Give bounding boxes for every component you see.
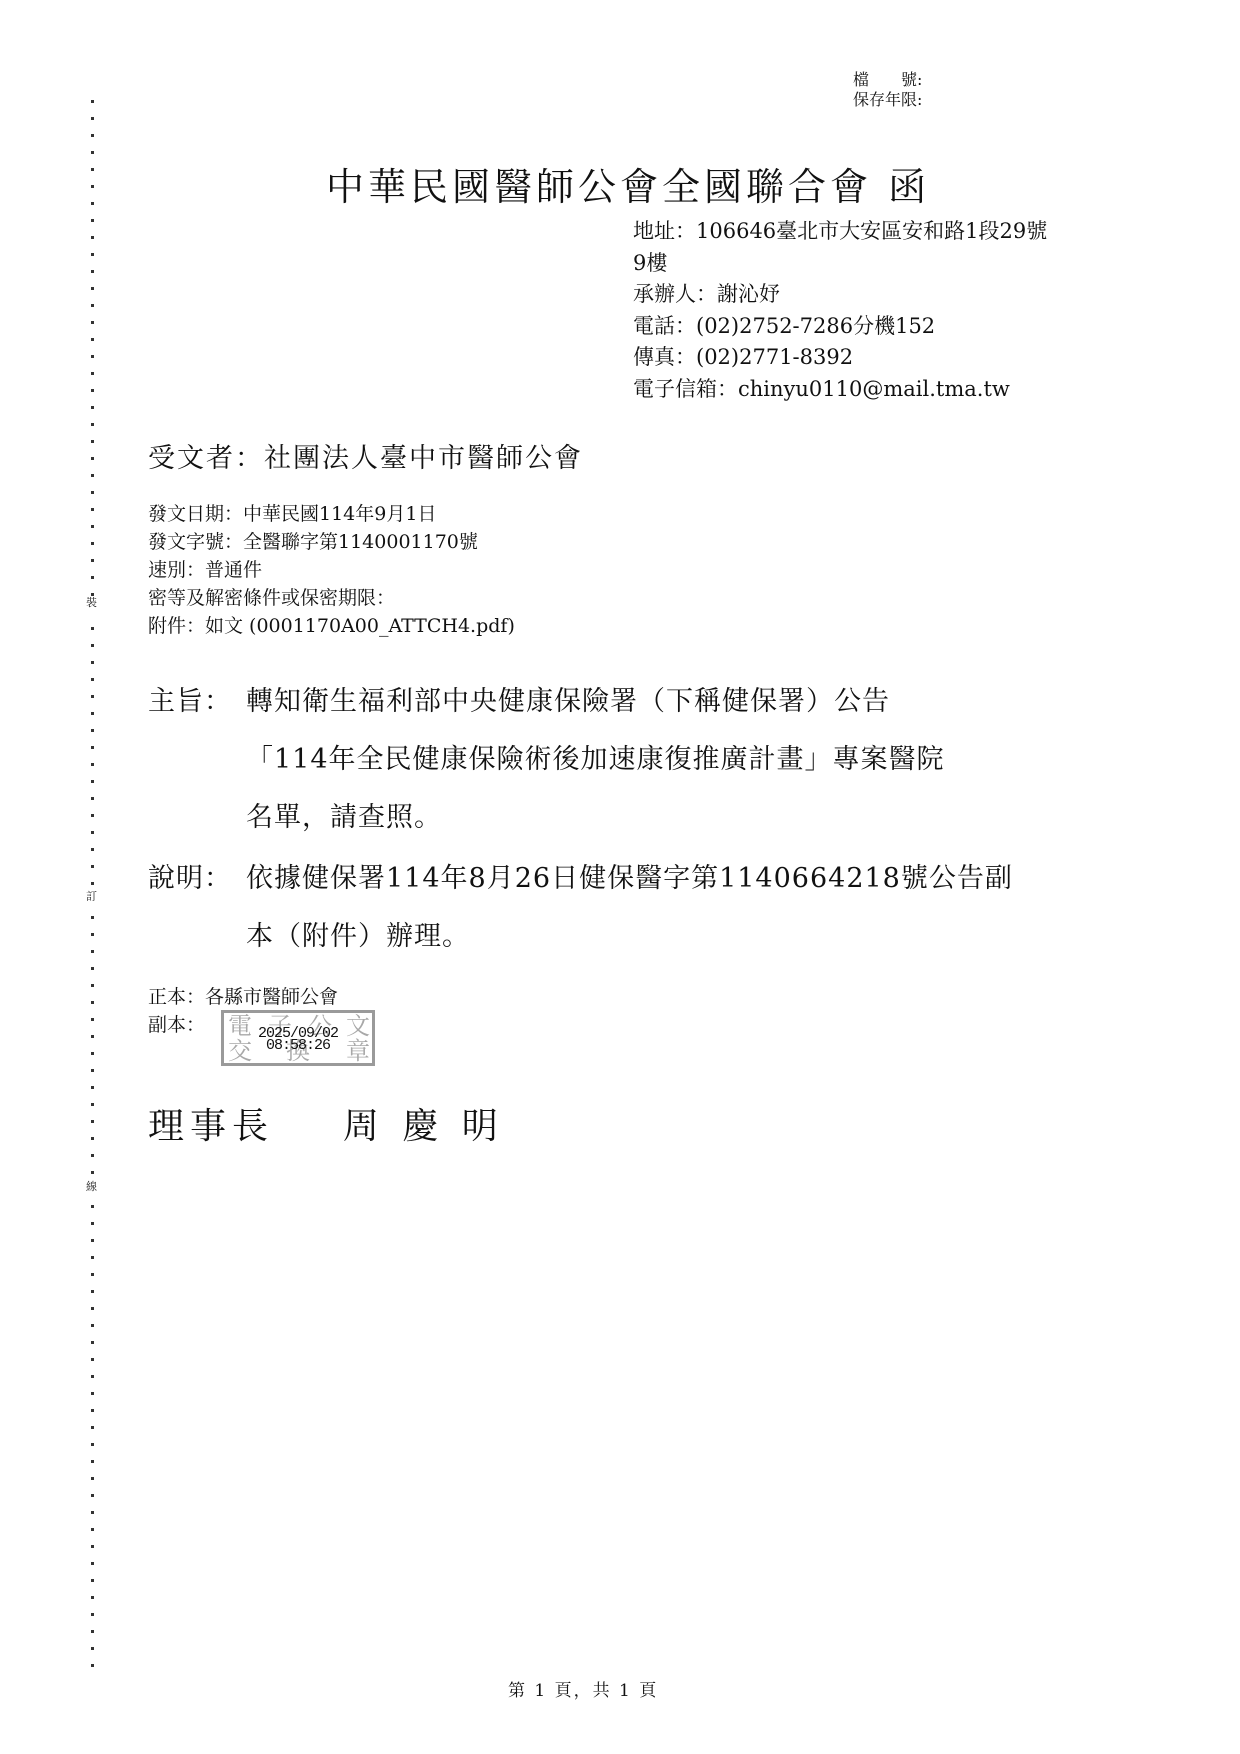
binding-dot xyxy=(91,1205,94,1208)
binding-dot xyxy=(91,1460,94,1463)
binding-dot xyxy=(91,1222,94,1225)
binding-dot xyxy=(91,1273,94,1276)
binding-dot xyxy=(91,338,94,341)
explanation-section: 說明： 依據健保署114年8月26日健保醫字第1140664218號公告副 本（… xyxy=(148,850,1013,966)
issue-date: 發文日期：中華民國114年9月1日 xyxy=(148,500,515,528)
binding-dot xyxy=(91,1426,94,1429)
binding-dot xyxy=(91,1613,94,1616)
binding-dot xyxy=(91,712,94,715)
binding-dot xyxy=(91,627,94,630)
binding-mark: 裝 xyxy=(86,596,97,610)
binding-dot xyxy=(91,814,94,817)
binding-dot xyxy=(91,491,94,494)
binding-dot xyxy=(91,1409,94,1412)
binding-dot xyxy=(91,1528,94,1531)
binding-dot xyxy=(91,678,94,681)
binding-dot xyxy=(91,1664,94,1667)
binding-dot xyxy=(91,117,94,120)
recipient: 受文者：社團法人臺中市醫師公會 xyxy=(148,436,583,475)
page-number: 第 1 頁，共 1 頁 xyxy=(508,1676,658,1701)
binding-dot xyxy=(91,950,94,953)
binding-dot xyxy=(91,576,94,579)
binding-dot xyxy=(91,1494,94,1497)
attachment-link[interactable]: 附件：如文 (0001170A00_ATTCH4.pdf) xyxy=(148,612,515,640)
binding-dot xyxy=(91,882,94,885)
binding-dot xyxy=(91,1341,94,1344)
binding-dot xyxy=(91,474,94,477)
binding-dot xyxy=(91,1443,94,1446)
binding-dot xyxy=(91,287,94,290)
binding-dot xyxy=(91,304,94,307)
phone: 電話：(02)2752-7286分機152 xyxy=(633,311,1047,343)
binding-dot xyxy=(91,1001,94,1004)
binding-dot xyxy=(91,457,94,460)
binding-dot xyxy=(91,1307,94,1310)
binding-dot xyxy=(91,253,94,256)
binding-dot xyxy=(91,219,94,222)
binding-dot xyxy=(91,1052,94,1055)
document-number: 發文字號：全醫聯字第1140001170號 xyxy=(148,528,515,556)
binding-dot xyxy=(91,1562,94,1565)
document-title: 中華民國醫師公會全國聯合會 函 xyxy=(326,156,930,211)
binding-dot xyxy=(91,1035,94,1038)
binding-dot xyxy=(91,372,94,375)
contact-block: 地址：106646臺北市大安區安和路1段29號 9樓 承辦人：謝沁妤 電話：(0… xyxy=(633,216,1047,405)
binding-dot xyxy=(91,1137,94,1140)
binding-dot xyxy=(91,1324,94,1327)
binding-dot xyxy=(91,1375,94,1378)
binding-dot xyxy=(91,270,94,273)
signature: 理事長 周 慶 明 xyxy=(148,1098,504,1149)
handler: 承辦人：謝沁妤 xyxy=(633,279,1047,311)
binding-dot xyxy=(91,1392,94,1395)
binding-dot xyxy=(91,848,94,851)
binding-mark: 線 xyxy=(86,1180,97,1194)
binding-dot xyxy=(91,1358,94,1361)
binding-dot xyxy=(91,1630,94,1633)
binding-dot xyxy=(91,967,94,970)
binding-dot xyxy=(91,1477,94,1480)
binding-dot xyxy=(91,1545,94,1548)
file-info: 檔 號: 保存年限: xyxy=(853,70,922,110)
document-meta: 發文日期：中華民國114年9月1日 發文字號：全醫聯字第1140001170號 … xyxy=(148,500,515,640)
binding-dot xyxy=(91,1596,94,1599)
binding-dot xyxy=(91,729,94,732)
explanation-line-1: 依據健保署114年8月26日健保醫字第1140664218號公告副 xyxy=(246,850,1013,908)
binding-dot xyxy=(91,1120,94,1123)
address-line-2: 9樓 xyxy=(633,248,1047,280)
electronic-document-stamp: 電 子 公 文 交 換 章 2025/09/02 08:58:26 xyxy=(221,1010,375,1066)
explanation-line-2: 本（附件）辦理。 xyxy=(148,908,1013,966)
binding-dot xyxy=(91,695,94,698)
binding-dot xyxy=(91,321,94,324)
binding-dot xyxy=(91,185,94,188)
binding-dot xyxy=(91,1086,94,1089)
file-number-label: 檔 號: xyxy=(853,70,922,90)
binding-dot xyxy=(91,933,94,936)
binding-dot xyxy=(91,1103,94,1106)
explanation-label: 說明： xyxy=(148,850,246,908)
binding-dot xyxy=(91,168,94,171)
signatory-name: 周 慶 明 xyxy=(343,1106,504,1147)
binding-dot xyxy=(91,1154,94,1157)
secrecy-level: 密等及解密條件或保密期限： xyxy=(148,584,515,612)
fax: 傳真：(02)2771-8392 xyxy=(633,342,1047,374)
binding-dot xyxy=(91,780,94,783)
binding-dot xyxy=(91,440,94,443)
binding-dot xyxy=(91,151,94,154)
binding-dot xyxy=(91,831,94,834)
binding-dot xyxy=(91,1511,94,1514)
binding-dot xyxy=(91,984,94,987)
binding-dot xyxy=(91,1647,94,1650)
binding-dot xyxy=(91,644,94,647)
binding-dot xyxy=(91,1256,94,1259)
binding-dot xyxy=(91,389,94,392)
binding-dot xyxy=(91,355,94,358)
binding-dot xyxy=(91,542,94,545)
delivery-speed: 速別：普通件 xyxy=(148,556,515,584)
signatory-title: 理事長 xyxy=(148,1106,274,1147)
binding-dot xyxy=(91,1171,94,1174)
binding-dot xyxy=(91,1069,94,1072)
binding-dot xyxy=(91,1290,94,1293)
binding-dot xyxy=(91,797,94,800)
binding-line: 裝訂線 xyxy=(86,0,100,1754)
binding-dot xyxy=(91,916,94,919)
binding-dot xyxy=(91,508,94,511)
subject-line-2: 「114年全民健康保險術後加速康復推廣計畫」專案醫院 xyxy=(148,731,945,789)
binding-dot xyxy=(91,661,94,664)
binding-dot xyxy=(91,865,94,868)
original-recipients: 正本：各縣市醫師公會 xyxy=(148,983,338,1011)
binding-dot xyxy=(91,100,94,103)
subject-section: 主旨： 轉知衛生福利部中央健康保險署（下稱健保署）公告 「114年全民健康保險術… xyxy=(148,673,945,847)
binding-dot xyxy=(91,423,94,426)
subject-line-1: 轉知衛生福利部中央健康保險署（下稱健保署）公告 xyxy=(246,673,890,731)
binding-dot xyxy=(91,763,94,766)
binding-dot xyxy=(91,1579,94,1582)
subject-line-3: 名單，請查照。 xyxy=(148,789,945,847)
binding-dot xyxy=(91,134,94,137)
binding-dot xyxy=(91,236,94,239)
binding-dot xyxy=(91,525,94,528)
binding-dot xyxy=(91,559,94,562)
subject-label: 主旨： xyxy=(148,673,246,731)
binding-dot xyxy=(91,406,94,409)
stamp-time: 08:58:26 xyxy=(224,1039,372,1052)
binding-dot xyxy=(91,1018,94,1021)
binding-dot xyxy=(91,746,94,749)
binding-dot xyxy=(91,1239,94,1242)
email-link[interactable]: 電子信箱：chinyu0110@mail.tma.tw xyxy=(633,374,1047,406)
binding-dot xyxy=(91,202,94,205)
binding-mark: 訂 xyxy=(86,890,97,904)
address-line-1: 地址：106646臺北市大安區安和路1段29號 xyxy=(633,216,1047,248)
retention-period-label: 保存年限: xyxy=(853,90,922,110)
